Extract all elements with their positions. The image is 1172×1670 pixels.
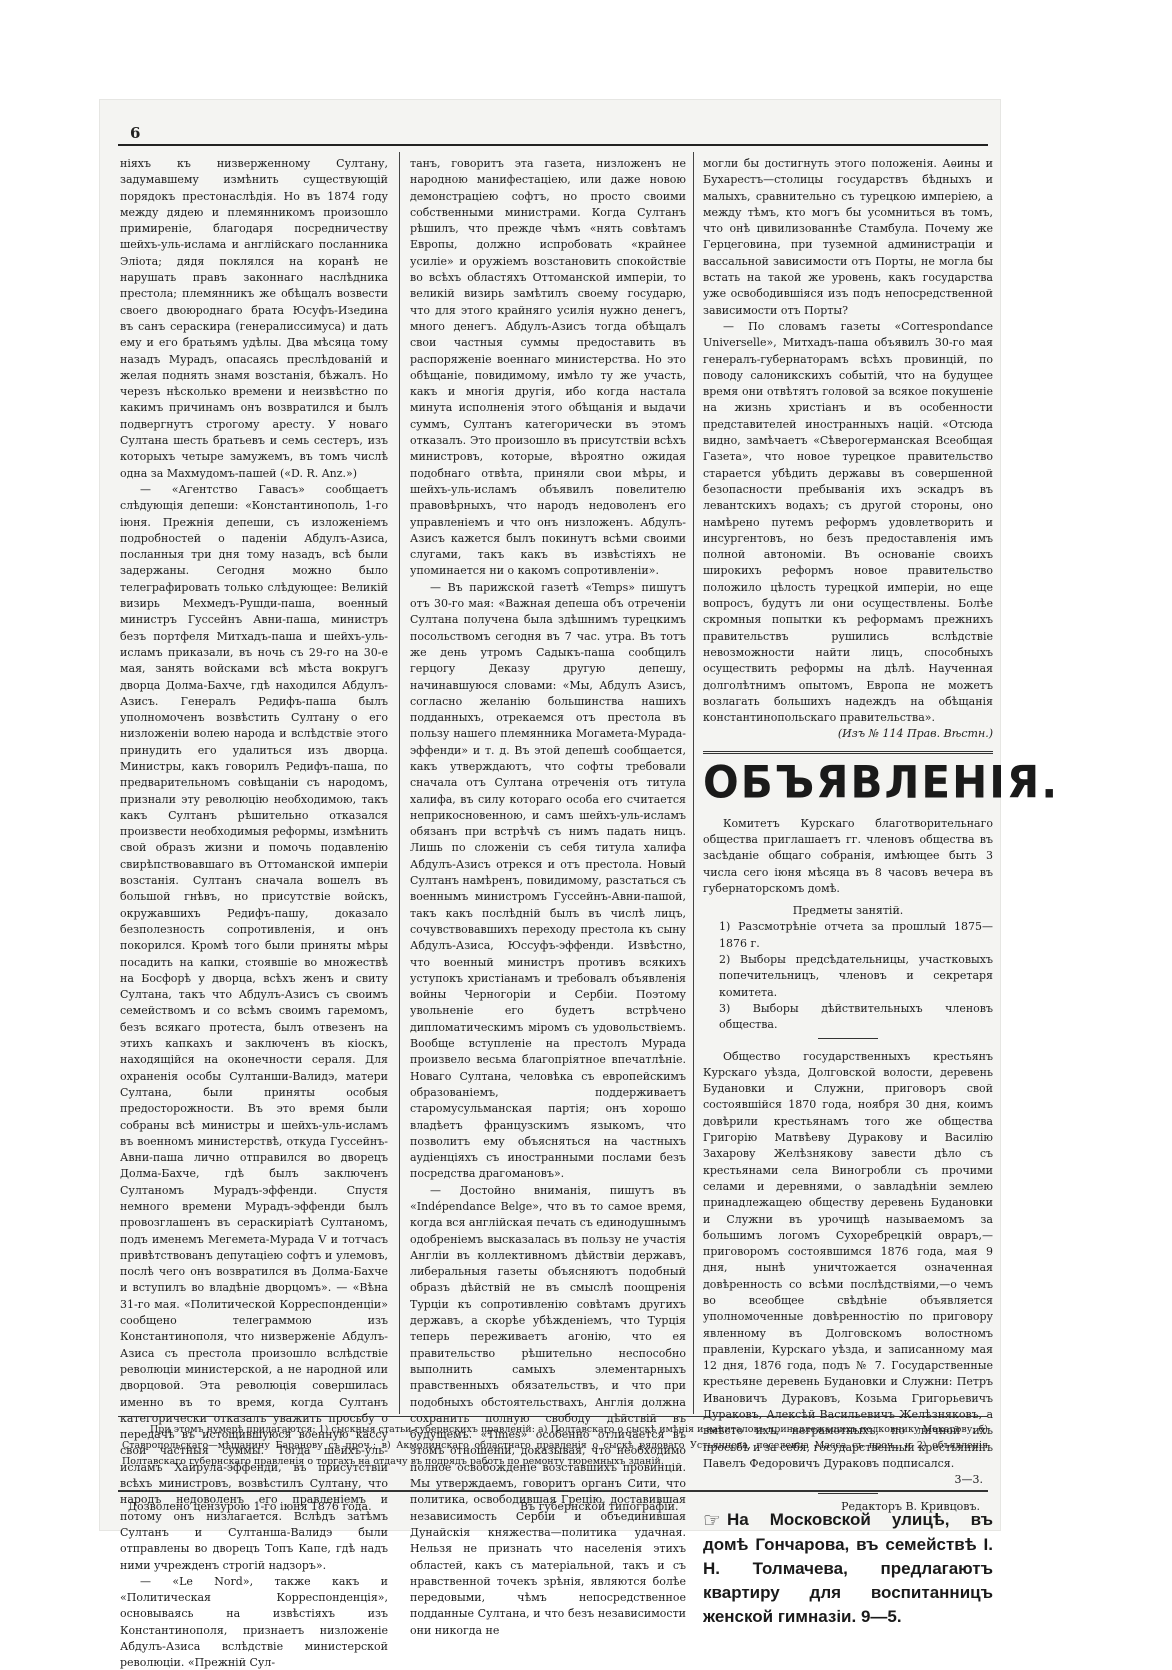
header-rule <box>118 144 988 146</box>
newspaper-page: 6 ніяхъ къ низверженному Султану, задума… <box>100 100 1000 1530</box>
notice-separator <box>818 1038 878 1039</box>
article-paragraph: танъ, говоритъ эта газета, низложенъ не … <box>410 156 686 580</box>
article-source: (Изъ № 114 Прав. Вѣстн.) <box>703 726 993 742</box>
footer-rule <box>118 1490 988 1492</box>
page-number: 6 <box>130 124 140 142</box>
article-paragraph: ніяхъ къ низверженному Султану, задумавш… <box>120 156 388 482</box>
article-paragraph: — Достойно вниманія, пишутъ въ «Indépend… <box>410 1183 686 1639</box>
article-paragraph: — По словамъ газеты «Correspondance Univ… <box>703 319 993 726</box>
column-divider <box>399 152 400 1414</box>
article-paragraph: — Въ парижской газетѣ «Temps» пишутъ отъ… <box>410 580 686 1183</box>
notice-text: Общество государственныхъ крестьянъ Курс… <box>703 1049 993 1473</box>
announcements-heading: ОБЪЯВЛЕНІЯ. <box>703 756 993 809</box>
agenda-item: 3) Выборы дѣйствительныхъ членовъ общест… <box>703 1001 993 1034</box>
supplement-text: При этомъ нумерѣ прилагаются: 1) сыскныя… <box>122 1424 988 1467</box>
advert-count: 9—5. <box>861 1607 902 1626</box>
column-divider <box>693 152 694 1414</box>
printing-house: Въ губернской типографіи. <box>520 1500 679 1513</box>
agenda-heading: Предметы занятій. <box>703 903 993 919</box>
agenda-item: 1) Разсмотрѣніе отчета за прошлый 1875—1… <box>703 919 993 952</box>
article-paragraph: могли бы достигнуть этого положенія. Аѳи… <box>703 156 993 319</box>
supplement-notice: При этомъ нумерѣ прилагаются: 1) сыскныя… <box>122 1422 988 1470</box>
apartment-advert: ☞На Московской улицѣ, въ домѣ Гончарова,… <box>703 1508 993 1629</box>
article-paragraph: — «Агентство Гавасъ» сообщаетъ слѣдующія… <box>120 482 388 1574</box>
pointing-hand-icon: ☞ <box>703 1509 721 1533</box>
advert-text: На Московской улицѣ, въ домѣ Гончарова, … <box>703 1510 993 1626</box>
notice-separator <box>818 1493 878 1494</box>
article-paragraph: — «Le Nord», также какъ и «Политическая … <box>120 1574 388 1670</box>
footer-rule <box>118 1416 988 1417</box>
column-3: могли бы достигнуть этого положенія. Аѳи… <box>703 156 993 1629</box>
editor-signature: Редакторъ В. Кривцовъ. <box>841 1500 980 1513</box>
notice-count: 3—3. <box>703 1472 993 1488</box>
agenda-item: 2) Выборы предсѣдательницы, участковыхъ … <box>703 952 993 1001</box>
censor-note: Дозволено цензурою 1-го іюня 1876 года. <box>128 1500 372 1513</box>
section-rule <box>703 751 993 754</box>
notice-text: Комитетъ Курскаго благотворительнаго общ… <box>703 816 993 897</box>
